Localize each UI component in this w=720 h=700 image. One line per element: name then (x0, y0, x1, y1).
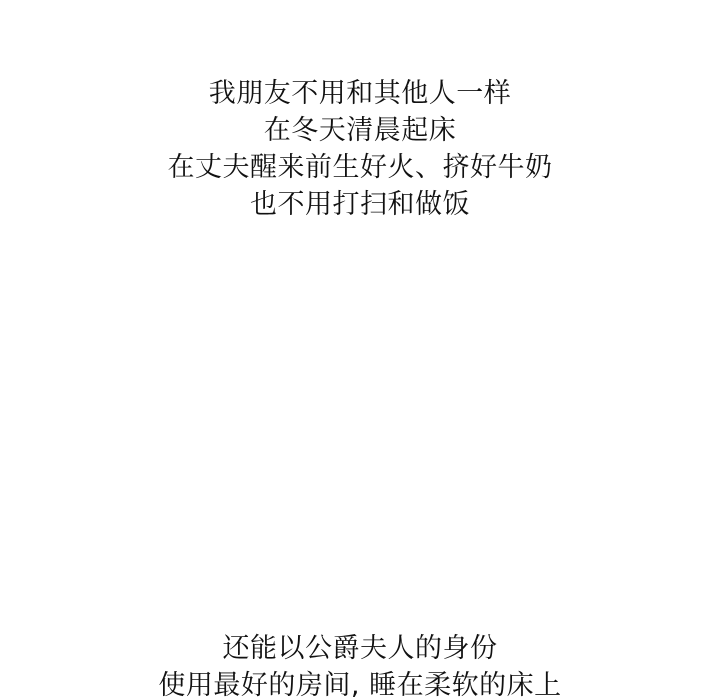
caption-line: 在冬天清晨起床 (0, 112, 720, 149)
bottom-caption: 还能以公爵夫人的身份 使用最好的房间, 睡在柔软的床上 (0, 630, 720, 700)
caption-line: 在丈夫醒来前生好火、挤好牛奶 (0, 149, 720, 186)
caption-line: 还能以公爵夫人的身份 (0, 630, 720, 667)
caption-line: 使用最好的房间, 睡在柔软的床上 (0, 667, 720, 700)
caption-line: 也不用打扫和做饭 (0, 186, 720, 223)
caption-line: 我朋友不用和其他人一样 (0, 75, 720, 112)
top-caption: 我朋友不用和其他人一样 在冬天清晨起床 在丈夫醒来前生好火、挤好牛奶 也不用打扫… (0, 75, 720, 223)
blank-panel-space (0, 230, 720, 620)
